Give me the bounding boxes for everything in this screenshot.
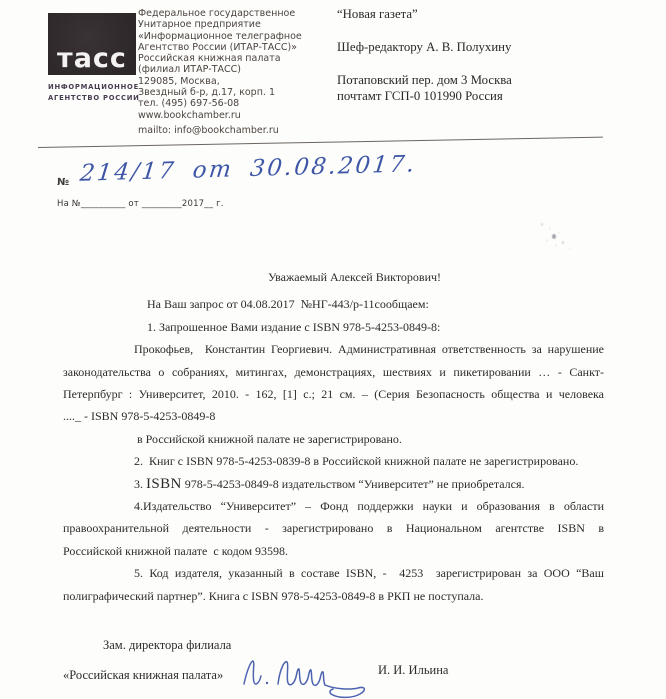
number-sign: № <box>57 177 69 188</box>
body-line-item3: 3. ISBN 978-5-4253-0849-8 издательством … <box>63 473 604 495</box>
salutation: Уважаемый Алексей Викторович! <box>63 266 604 288</box>
addressee-person: Шеф-редактору А. В. Полухину <box>337 39 637 55</box>
org-website: www.bookchamber.ru <box>138 110 338 121</box>
logo-caption: ИНФОРМАЦИОННОЕ АГЕНТСТВО РОССИИ <box>48 82 148 104</box>
organization-info: Федеральное государственное Унитарное пр… <box>138 8 338 136</box>
logo-caption-line1: ИНФОРМАЦИОННОЕ <box>48 82 148 93</box>
body-line-item5-2: полиграфический партнер”. Книга с ISBN 9… <box>63 585 604 607</box>
body-line-request: На Ваш запрос от 04.08.2017 №НГ-443/р-11… <box>63 293 604 315</box>
signer-title-line2: «Российская книжная палата» <box>63 668 223 683</box>
body-line-item5-1: 5. Код издателя, указанный в составе ISB… <box>63 562 604 584</box>
org-line: Российская книжная палата <box>138 53 338 64</box>
signer-name: И. И. Ильина <box>378 663 448 678</box>
body-line-bibliography-3: Петерпбург : Университет, 2010. - 162, [… <box>63 383 604 405</box>
letter-body: Уважаемый Алексей Викторович! На Ваш зап… <box>63 266 604 607</box>
addressee-block: “Новая газета” Шеф-редактору А. В. Полух… <box>337 6 637 104</box>
handwritten-outgoing-number: 214/17 от 30.08.2017. <box>79 151 418 186</box>
body-line-bibliography-4: ...._ - ISBN 978-5-4253-0849-8 <box>63 405 604 427</box>
org-line: «Информационное телеграфное <box>138 31 338 42</box>
org-line: Федеральное государственное <box>138 8 338 19</box>
tass-logo: тасс <box>48 13 136 75</box>
body-line-item4-1: 4.Издательство “Университет” – Фонд подд… <box>63 495 604 517</box>
body-line-not-registered: в Российской книжной палате не зарегистр… <box>63 428 604 450</box>
scan-smudge-artifact <box>552 234 556 239</box>
org-phone: тел. (495) 697-56-08 <box>138 98 338 109</box>
scanned-letter-page: тасс ИНФОРМАЦИОННОЕ АГЕНТСТВО РОССИИ Фед… <box>0 0 666 699</box>
signature-scribble <box>236 648 376 699</box>
org-address-line: 129085, Москва, <box>138 76 338 87</box>
body-line-bibliography-2: законодательства о собраниях, митингах, … <box>63 361 604 383</box>
logo-caption-line2: АГЕНТСТВО РОССИИ <box>48 93 148 104</box>
org-line: Унитарное предприятие <box>138 19 338 30</box>
item3-rest: 978-5-4253-0849-8 издательством “Универс… <box>182 477 525 491</box>
item3-prefix: 3. <box>134 477 146 491</box>
addressee-organization: “Новая газета” <box>337 6 637 22</box>
body-line-item1: 1. Запрошенное Вами издание с ISBN 978-5… <box>63 316 604 338</box>
org-address-line: Звездный б-р, д.17, корп. 1 <box>138 87 338 98</box>
addressee-address-line2: почтамт ГСП-0 101990 Россия <box>337 88 637 104</box>
letterhead-divider-line <box>38 137 603 148</box>
item3-isbn-label: ISBN <box>146 476 182 492</box>
tass-logo-text: тасс <box>57 45 127 72</box>
org-line: (филиал ИТАР-ТАСС) <box>138 64 338 75</box>
incoming-number-line: На №__________ от _________2017__ г. <box>57 199 224 209</box>
body-line-bibliography-1: Прокофьев, Константин Георгиевич. Админи… <box>63 338 604 360</box>
addressee-address-line1: Потаповский пер. дом 3 Москва <box>337 72 637 88</box>
signer-title-line1: Зам. директора филиала <box>103 638 231 653</box>
org-line: Агентство России (ИТАР-ТАСС)» <box>138 42 338 53</box>
body-line-item2: 2. Книг с ISBN 978-5-4253-0839-8 в Росси… <box>63 450 604 472</box>
org-email: mailto: info@bookchamber.ru <box>138 125 338 136</box>
body-line-item4-3: Российской книжной палате с кодом 93598. <box>63 540 604 562</box>
body-line-item4-2: правоохранительной деятельности - зареги… <box>63 517 604 539</box>
